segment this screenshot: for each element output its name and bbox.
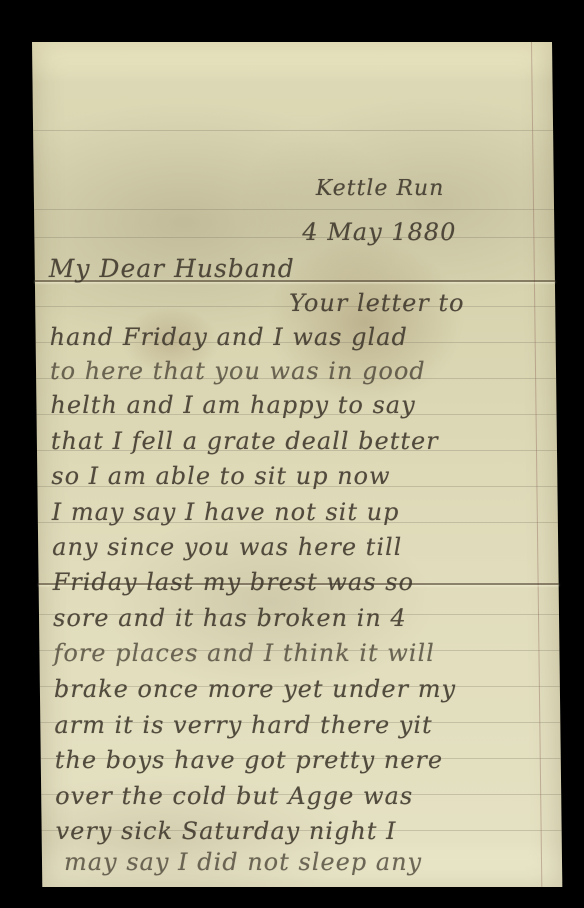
letter-line: that I fell a grate deall better [51,427,439,455]
letter-line: so I am able to sit up now [51,462,391,490]
letter-line: may say I did not sleep any [64,848,422,876]
ruled-line [34,237,554,238]
letter-line: to here that you was in good [50,357,426,385]
letter-line: sore and it has broken in 4 [53,604,407,632]
letter-line: the boys have got pretty nere [55,746,444,774]
letter-line: helth and I am happy to say [50,391,416,419]
margin-line [531,42,542,887]
letter-line: hand Friday and I was glad [49,323,408,351]
letter-line: I may say I have not sit up [52,498,400,526]
paper-sheet: Kettle Run 4 May 1880 My Dear Husband Yo… [32,42,562,887]
letter-line: arm it is verry hard there yit [54,711,433,739]
letter-line: very sick Saturday night I [55,817,396,845]
scanned-letter: Kettle Run 4 May 1880 My Dear Husband Yo… [0,0,584,908]
letter-line: fore places and I think it will [53,639,435,667]
letter-line: Friday last my brest was so [52,568,414,596]
ruled-line [34,209,554,210]
letter-line: over the cold but Agge was [55,782,413,810]
ruled-line [33,130,553,131]
letter-place: Kettle Run [316,176,445,201]
letter-line: brake once more yet under my [54,675,456,703]
letter-line: Your letter to [289,289,465,317]
letter-line: any since you was here till [52,533,403,561]
letter-date: 4 May 1880 [302,218,456,246]
letter-salutation: My Dear Husband [49,254,295,283]
